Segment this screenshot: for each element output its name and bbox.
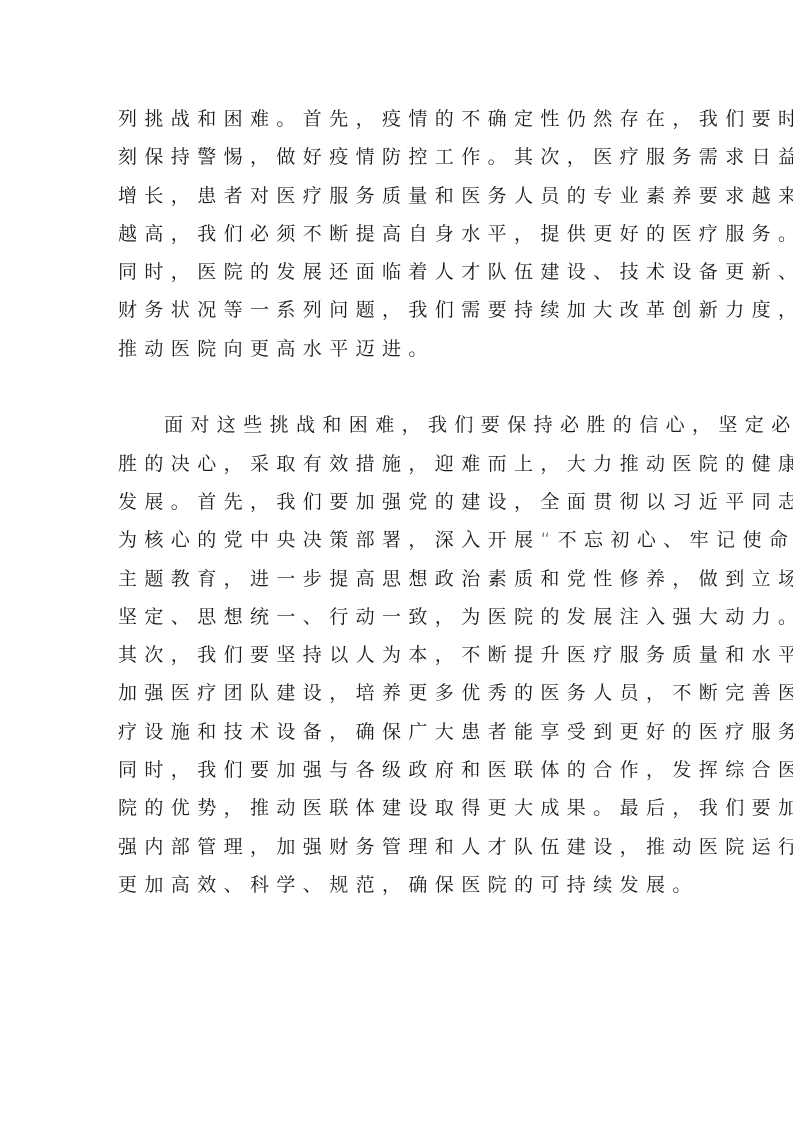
text-line: 加强医疗团队建设，培养更多优秀的医务人员，不断完善医 (118, 674, 693, 712)
text-line: 主题教育，进一步提高思想政治素质和党性修养，做到立场 (118, 560, 693, 598)
text-line: 财务状况等一系列问题，我们需要持续加大改革创新力度， (118, 291, 693, 329)
text-line: 疗设施和技术设备，确保广大患者能享受到更好的医疗服务。 (118, 713, 693, 751)
text-line: 同时，医院的发展还面临着人才队伍建设、技术设备更新、 (118, 253, 693, 291)
paragraph-1: 列挑战和困难。首先，疫情的不确定性仍然存在，我们要时 刻保持警惕，做好疫情防控工… (118, 100, 693, 368)
text-line: 增长，患者对医疗服务质量和医务人员的专业素养要求越来 (118, 177, 693, 215)
text-line: 更加高效、科学、规范，确保医院的可持续发展。 (118, 866, 693, 904)
text-line: 推动医院向更高水平迈进。 (118, 330, 693, 368)
document-page: 列挑战和困难。首先，疫情的不确定性仍然存在，我们要时 刻保持警惕，做好疫情防控工… (118, 100, 693, 904)
text-line: 为核心的党中央决策部署，深入开展“不忘初心、牢记使命” (118, 521, 693, 559)
text-line: 面对这些挑战和困难，我们要保持必胜的信心，坚定必 (118, 406, 693, 444)
text-line: 强内部管理，加强财务管理和人才队伍建设，推动医院运行 (118, 828, 693, 866)
text-line: 越高，我们必须不断提高自身水平，提供更好的医疗服务。 (118, 215, 693, 253)
text-line: 坚定、思想统一、行动一致，为医院的发展注入强大动力。 (118, 598, 693, 636)
text-line: 其次，我们要坚持以人为本，不断提升医疗服务质量和水平， (118, 636, 693, 674)
text-line: 胜的决心，采取有效措施，迎难而上，大力推动医院的健康 (118, 445, 693, 483)
text-line: 列挑战和困难。首先，疫情的不确定性仍然存在，我们要时 (118, 100, 693, 138)
text-line: 同时，我们要加强与各级政府和医联体的合作，发挥综合医 (118, 751, 693, 789)
paragraph-2: 面对这些挑战和困难，我们要保持必胜的信心，坚定必 胜的决心，采取有效措施，迎难而… (118, 406, 693, 904)
text-line: 刻保持警惕，做好疫情防控工作。其次，医疗服务需求日益 (118, 138, 693, 176)
text-line: 发展。首先，我们要加强党的建设，全面贯彻以习近平同志 (118, 483, 693, 521)
text-line: 院的优势，推动医联体建设取得更大成果。最后，我们要加 (118, 789, 693, 827)
paragraph-spacer (118, 368, 693, 406)
